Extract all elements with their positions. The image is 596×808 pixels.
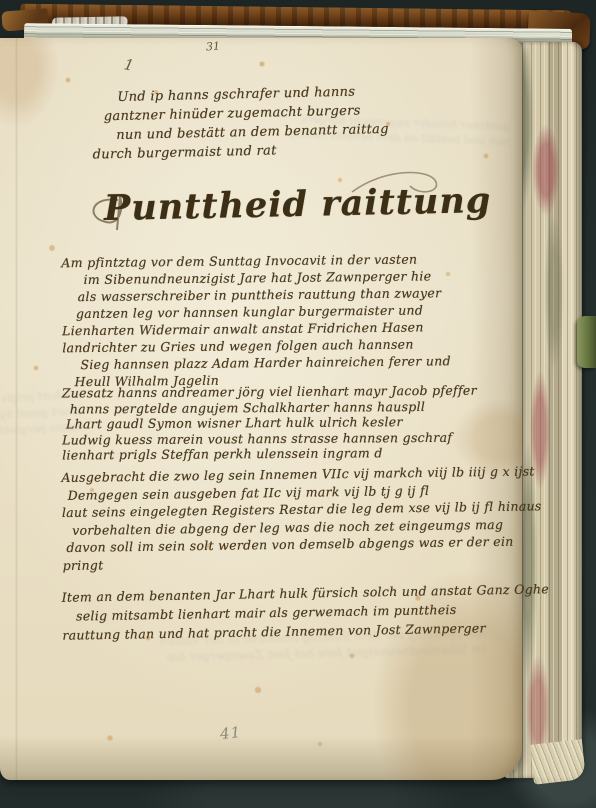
paper-crease (15, 38, 18, 780)
manuscript-photograph: gantzner hinüder zugemacht burgers nun u… (0, 0, 596, 808)
body-line: Zuesatz hanns andreamer jörg viel lienha… (62, 382, 494, 401)
body-line: lienhart prigls Steffan perkh ulenssein … (62, 444, 494, 463)
margin-mark: 1 (122, 55, 135, 75)
body-line: Ludwig kuess marein voust hanns strasse … (62, 429, 494, 448)
section-heading: Punttheid raittung (104, 180, 492, 229)
paragraph: Am pfintztag vor dem Sunttag Invocavit i… (61, 250, 494, 391)
manuscript-page: gantzner hinüder zugemacht burgers nun u… (0, 38, 522, 780)
pencil-page-number: 41 (219, 723, 242, 743)
folio-number: 31 (206, 40, 221, 54)
paragraph: Item an dem benanten Jar Lhart hulk fürs… (62, 580, 495, 645)
paragraph: Zuesatz hanns andreamer jörg viel lienha… (62, 382, 495, 463)
page-stack-bottom-corner (530, 739, 586, 785)
show-through-line: im Sibenundneunzigist Jare hat Jost Zawn… (96, 641, 486, 667)
header-note: Und ip hanns gschrafer und hanns gantzne… (117, 80, 469, 164)
paragraph: Ausgebracht die zwo leg sein Innemen VII… (61, 463, 494, 574)
clasp-strap (577, 316, 596, 368)
